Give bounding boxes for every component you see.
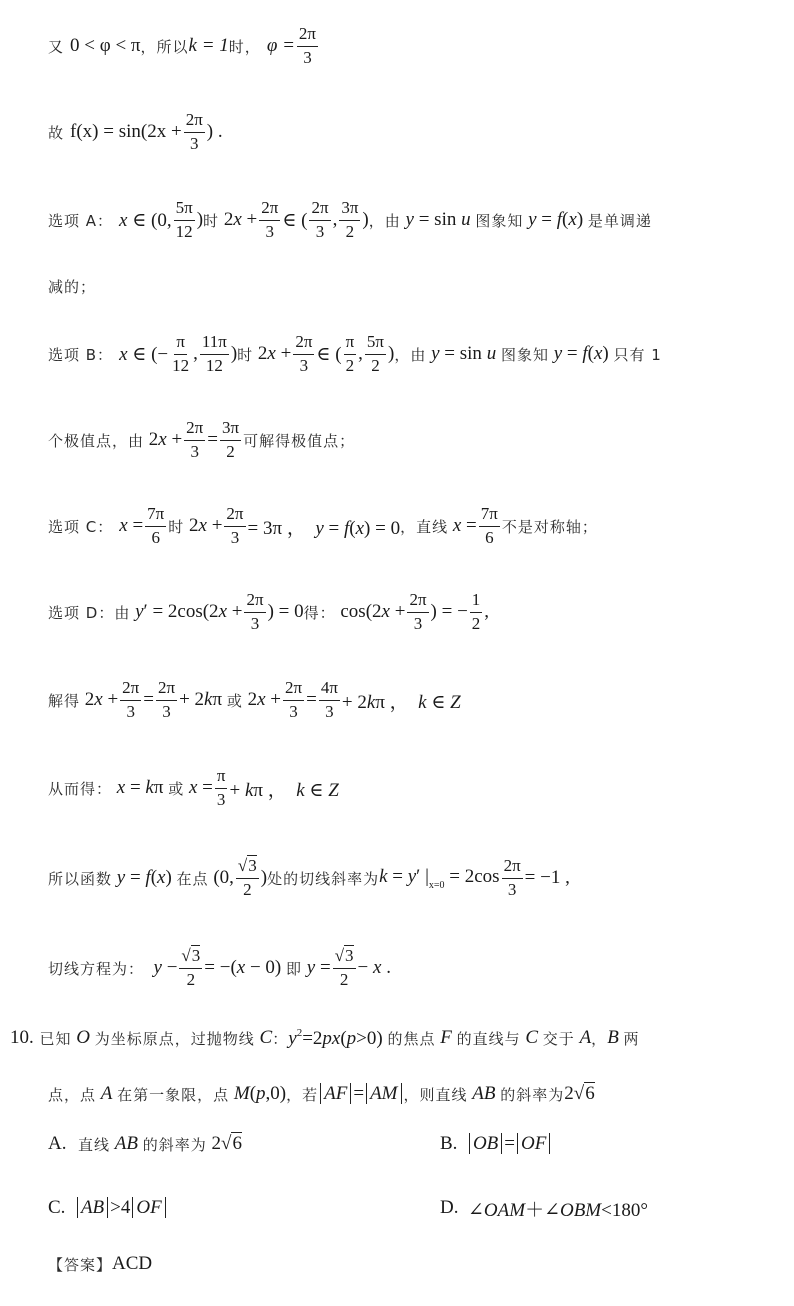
text: ， <box>400 516 416 537</box>
text: 处的切线斜率为 <box>267 868 379 889</box>
fraction: 2π3 <box>156 679 177 721</box>
question-10-line2: 点，点 A 在第一象限，点 M(p,0) ，若 AF=AM ，则直线 AB 的斜… <box>48 1066 595 1122</box>
choice-d[interactable]: D. ∠OAM＋∠OBM<180° <box>440 1188 648 1228</box>
text: 直线 <box>78 1134 110 1155</box>
choice-label: C. <box>48 1197 65 1219</box>
text: ： <box>272 1028 288 1049</box>
text: ，则直线 <box>404 1084 468 1105</box>
answer-value: ACD <box>112 1253 152 1275</box>
math: k = 1 <box>189 35 229 57</box>
math-inequality: 0 < φ < π <box>70 35 141 57</box>
text: 交于 <box>543 1028 575 1049</box>
text: 又 <box>48 36 64 57</box>
text: ， <box>369 210 385 231</box>
text: 在点 <box>177 868 209 889</box>
f-definition-line: 故 f(x) = sin(2x + 2π3 ) . <box>48 104 223 160</box>
text: 的焦点 <box>387 1028 435 1049</box>
question-number: 10. <box>10 1027 34 1049</box>
fraction: 2π3 <box>184 419 205 461</box>
question-10-line1: 10. 已知 O 为坐标原点，过抛物线 C ： y2=2px(p>0) 的焦点 … <box>10 1010 640 1066</box>
fraction: 5π12 <box>174 199 195 241</box>
fraction: 7π6 <box>479 505 500 547</box>
fraction: 2π3 <box>297 25 318 67</box>
text: 可解得极值点； <box>243 430 355 451</box>
fraction: √32 <box>179 947 202 989</box>
text: 在第一象限，点 <box>117 1084 229 1105</box>
text: 时 <box>168 516 184 537</box>
text: 由 <box>114 602 130 623</box>
phi-condition-line: 又 0 < φ < π ，所以 k = 1 时， φ = 2π3 <box>48 18 320 74</box>
fraction: π12 <box>170 333 191 375</box>
text: 时， <box>229 36 261 57</box>
answer-line: 【答案】 ACD <box>48 1244 152 1284</box>
fraction: 3π2 <box>339 199 360 241</box>
option-d-analysis: 选项 D： 由 y′ = 2cos(2x + 2π3 ) = 0 得： cos(… <box>48 584 489 640</box>
text: 直线 <box>416 516 448 537</box>
text: 为坐标原点，过抛物线 <box>95 1028 255 1049</box>
text: ，所以 <box>141 36 189 57</box>
fraction: 2π3 <box>309 199 330 241</box>
math: φ = <box>267 35 295 57</box>
text: 或 <box>168 778 184 799</box>
choice-label: A. <box>48 1133 66 1155</box>
fraction: 2π3 <box>293 333 314 375</box>
math: f(x) = sin(2x + <box>70 121 182 143</box>
option-label: 选项 B： <box>48 344 113 365</box>
text: 时 <box>237 344 253 365</box>
solve-line: 解得 2x + 2π3 = 2π3 + 2kπ 或 2x + 2π3 = 4π3… <box>48 672 461 728</box>
text: 故 <box>48 122 64 143</box>
choice-a[interactable]: A. 直线 AB 的斜率为 2√6 <box>48 1124 242 1164</box>
text: 两 <box>624 1028 640 1049</box>
fraction: 2π3 <box>120 679 141 721</box>
tangent-line: 切线方程为： y − √32 = −(x − 0) 即 y = √32 − x … <box>48 940 391 996</box>
option-b-analysis-cont: 个极值点，由 2x + 2π3 = 3π2 可解得极值点； <box>48 412 355 468</box>
text: 的斜率为 <box>500 1084 564 1105</box>
fraction: 7π6 <box>145 505 166 547</box>
text: 从而得： <box>48 778 112 799</box>
text: 由 <box>385 210 401 231</box>
text: 已知 <box>40 1028 72 1049</box>
fraction: 2π3 <box>259 199 280 241</box>
math: ) . <box>207 121 223 143</box>
fraction: √32 <box>236 857 259 899</box>
text: 图象知 <box>501 344 549 365</box>
text: 时 <box>203 210 219 231</box>
slope-line: 所以函数 y = f(x) 在点 (0, √32 ) 处的切线斜率为 k = y… <box>48 850 570 906</box>
text: 解得 <box>48 690 80 711</box>
fraction: 12 <box>470 591 483 633</box>
fraction: 5π2 <box>365 333 386 375</box>
choice-c[interactable]: C. AB>4OF <box>48 1188 168 1228</box>
text: 即 <box>286 958 302 979</box>
text: 所以函数 <box>48 868 112 889</box>
choice-label: D. <box>440 1197 458 1219</box>
text: 不是对称轴； <box>502 516 598 537</box>
fraction: 2π3 <box>244 591 265 633</box>
text: 个极值点，由 <box>48 430 144 451</box>
text: 点，点 <box>48 1084 96 1105</box>
option-label: 选项 C： <box>48 516 113 537</box>
fraction: π3 <box>215 767 228 809</box>
option-a-analysis: 选项 A： x ∈ (0, 5π12) 时 2x + 2π3 ∈ ( 2π3, … <box>48 192 652 248</box>
text: 是单调递 <box>588 210 652 231</box>
fraction: π2 <box>344 333 357 375</box>
fraction: 11π12 <box>200 333 229 375</box>
fraction: 2π3 <box>184 111 205 153</box>
text: 减的； <box>48 276 96 297</box>
text: ， <box>394 344 410 365</box>
option-label: 选项 D： <box>48 602 114 623</box>
text: 只有 1 <box>613 344 661 365</box>
text: 的斜率为 <box>143 1134 207 1155</box>
fraction: 3π2 <box>220 419 241 461</box>
text: 由 <box>410 344 426 365</box>
fraction: 2π3 <box>224 505 245 547</box>
fraction: 2π3 <box>283 679 304 721</box>
option-a-analysis-cont: 减的； <box>48 258 96 314</box>
text: 得： <box>304 602 336 623</box>
therefore-line: 从而得： x = kπ 或 x = π3 + kπ ， k ∈ Z <box>48 760 339 816</box>
option-b-analysis: 选项 B： x ∈ (− π12, 11π12) 时 2x + 2π3 ∈ ( … <box>48 326 662 382</box>
option-c-analysis: 选项 C： x = 7π6 时 2x + 2π3 = 3π ， y = f(x)… <box>48 498 598 554</box>
text: 的直线与 <box>457 1028 521 1049</box>
text: 切线方程为： <box>48 958 144 979</box>
text: ，若 <box>286 1084 318 1105</box>
answer-label: 【答案】 <box>48 1254 112 1275</box>
fraction: √32 <box>333 947 356 989</box>
option-label: 选项 A： <box>48 210 113 231</box>
choice-b[interactable]: B. OB=OF <box>440 1124 552 1164</box>
fraction: 4π3 <box>319 679 340 721</box>
text: 或 <box>227 690 243 711</box>
fraction: 2π3 <box>502 857 523 899</box>
text: 图象知 <box>475 210 523 231</box>
fraction: 2π3 <box>407 591 428 633</box>
choice-label: B. <box>440 1133 457 1155</box>
